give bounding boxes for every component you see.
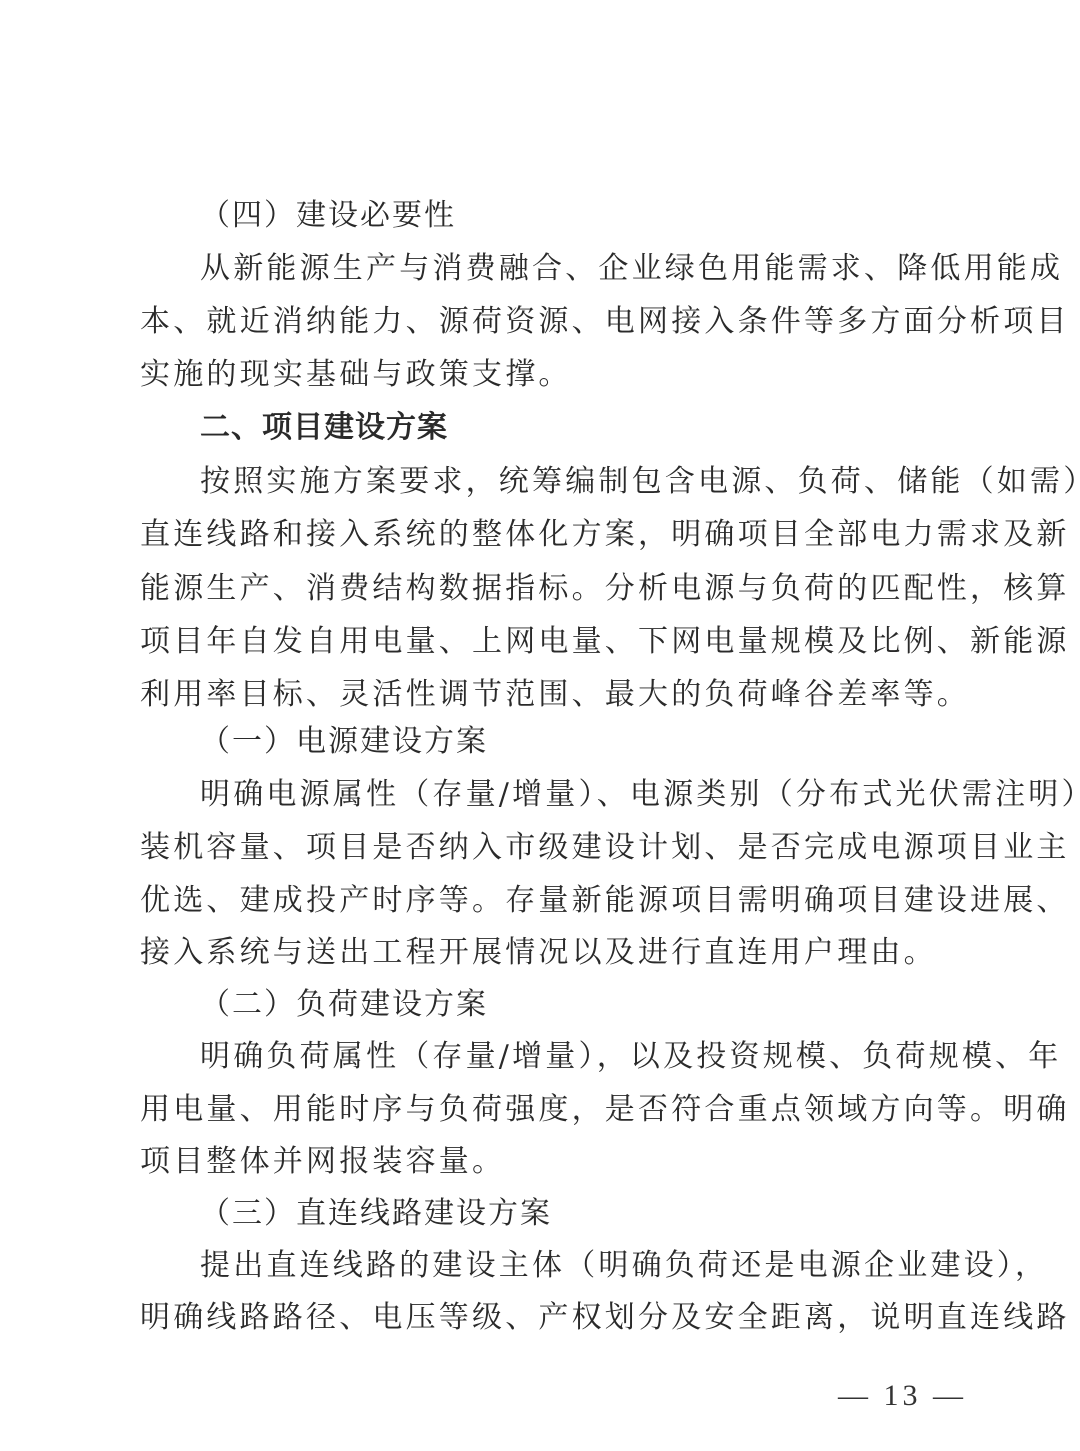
paragraph-line: 实施的现实基础与政策支撑。 [140,355,946,395]
paragraph-line: 按照实施方案要求，统筹编制包含电源、负荷、储能（如需）、 [200,462,946,502]
paragraph-line: 接入系统与送出工程开展情况以及进行直连用户理由。 [140,933,946,973]
section-heading-2: 二、项目建设方案 [200,408,1006,448]
paragraph-line: 利用率目标、灵活性调节范围、最大的负荷峰谷差率等。 [140,675,946,715]
subheading-1-power-source: （一）电源建设方案 [200,722,1006,762]
subheading-2-load: （二）负荷建设方案 [200,985,1006,1025]
paragraph-line: 明确线路路径、电压等级、产权划分及安全距离，说明直连线路 [140,1298,946,1338]
paragraph-line: 直连线路和接入系统的整体化方案，明确项目全部电力需求及新 [140,515,946,555]
paragraph-line: 能源生产、消费结构数据指标。分析电源与负荷的匹配性，核算 [140,569,946,609]
paragraph-line: 项目整体并网报装容量。 [140,1142,946,1182]
subheading-4-necessity: （四）建设必要性 [200,196,1006,236]
paragraph-line: 提出直连线路的建设主体（明确负荷还是电源企业建设）， [200,1246,946,1286]
paragraph-line: 用电量、用能时序与负荷强度，是否符合重点领域方向等。明确 [140,1090,946,1130]
paragraph-line: 明确电源属性（存量/增量）、电源类别（分布式光伏需注明）、 [200,775,946,815]
paragraph-line: 明确负荷属性（存量/增量），以及投资规模、负荷规模、年 [200,1037,946,1077]
paragraph-line: 项目年自发自用电量、上网电量、下网电量规模及比例、新能源 [140,622,946,662]
page-number: — 13 — [838,1376,967,1416]
paragraph-line: 本、就近消纳能力、源荷资源、电网接入条件等多方面分析项目 [140,302,946,342]
paragraph-line: 优选、建成投产时序等。存量新能源项目需明确项目建设进展、 [140,881,946,921]
subheading-3-direct-line: （三）直连线路建设方案 [200,1194,1006,1234]
paragraph-line: 装机容量、项目是否纳入市级建设计划、是否完成电源项目业主 [140,828,946,868]
paragraph-line: 从新能源生产与消费融合、企业绿色用能需求、降低用能成 [200,249,946,289]
